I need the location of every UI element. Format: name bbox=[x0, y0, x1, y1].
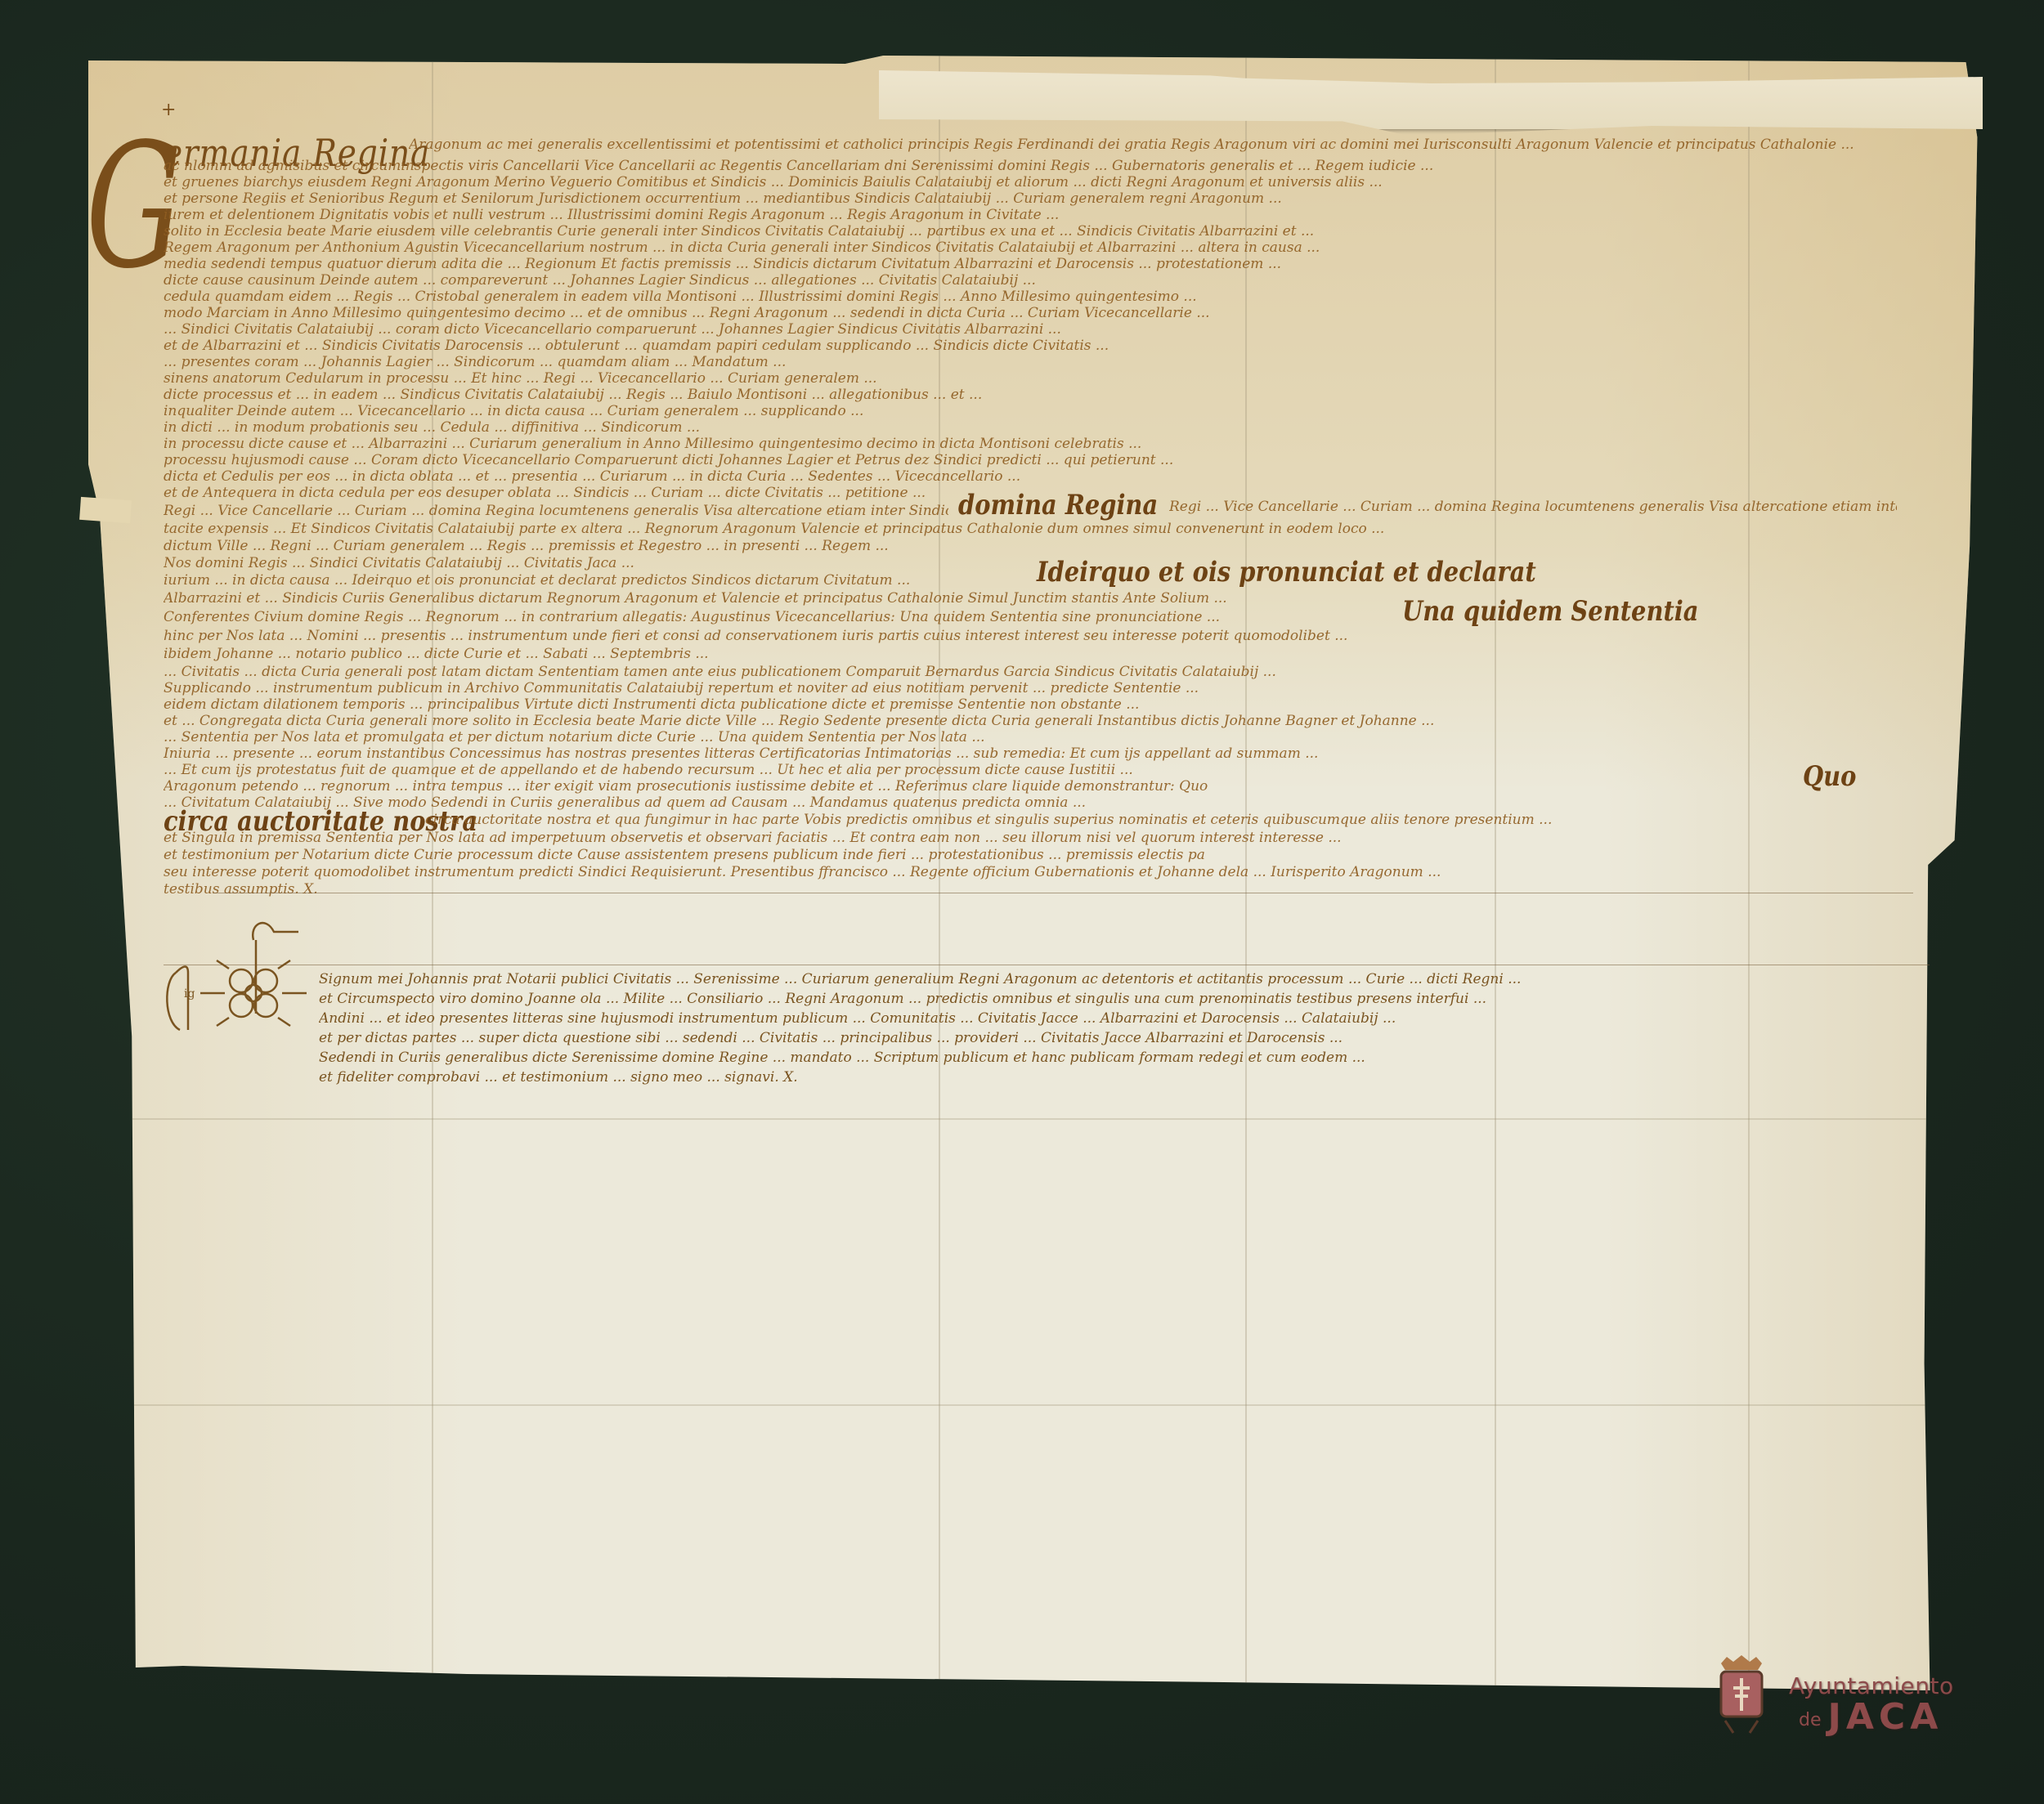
logo-text-de: de bbox=[1799, 1710, 1822, 1730]
text-line: Regem Aragonum per Anthonium Agustin Vic… bbox=[164, 239, 1897, 257]
text-line: cedula quamdam eidem ... Regis ... Crist… bbox=[164, 289, 1897, 306]
text-line: modo Marciam in Anno Millesimo quingente… bbox=[164, 305, 1897, 322]
subscription-line: Sedendi in Curiis generalibus dicte Sere… bbox=[319, 1048, 1921, 1068]
text-line: seu interesse poterit quomodolibet instr… bbox=[164, 864, 1897, 881]
text-line: et gruenes biarchys eiusdem Regni Aragon… bbox=[164, 174, 1897, 191]
text-line: et Singula in premissa Sententia per Nos… bbox=[164, 830, 1897, 847]
coat-of-arms-icon bbox=[1709, 1655, 1774, 1737]
text-line: ibidem Johanne ... notario publico ... d… bbox=[164, 646, 1897, 663]
text-line: ... Civitatis ... dicta Curia generali p… bbox=[164, 664, 1897, 681]
text-line: eidem dictam dilationem temporis ... pri… bbox=[164, 696, 1897, 714]
text-line: Nos domini Regis ... Sindici Civitatis C… bbox=[164, 555, 1897, 572]
text-line: ... Sindici Civitatis Calataiubij ... co… bbox=[164, 321, 1897, 338]
text-line: ... Sententia per Nos lata et promulgata… bbox=[164, 729, 1897, 746]
logo-text-jaca: JACA bbox=[1828, 1696, 1943, 1738]
subscription-line: Andini ... et ideo presentes litteras si… bbox=[319, 1009, 1921, 1028]
heading-pronunciat-declarat: Ideirquo et ois pronunciat et declarat bbox=[1037, 556, 1536, 589]
text-line: sinens anatorum Cedularum in processu ..… bbox=[164, 370, 1897, 387]
text-line: media sedendi tempus quatuor dierum adit… bbox=[164, 256, 1897, 273]
text-line: Conferentes Civium domine Regis ... Regn… bbox=[164, 609, 1414, 626]
heading-quo: Quo bbox=[1803, 760, 1856, 793]
text-line: dicta et Cedulis per eos ... in dicta ob… bbox=[164, 468, 1897, 486]
text-line: et de Albarrazini et ... Sindicis Civita… bbox=[164, 338, 1897, 355]
text-line: in dicti ... in modum probationis seu ..… bbox=[164, 419, 1897, 436]
text-line: Supplicando ... instrumentum publicum in… bbox=[164, 680, 1897, 697]
text-line: tacite expensis ... Et Sindicos Civitati… bbox=[164, 521, 1897, 538]
text-line: Regi ... Vice Cancellarie ... Curiam ...… bbox=[1169, 499, 1897, 516]
ruled-line bbox=[213, 893, 1913, 893]
ruled-line bbox=[164, 965, 1930, 965]
text-line: ... presentes coram ... Johannis Lagier … bbox=[164, 354, 1897, 371]
text-line: dicte cause causinum Deinde autem ... co… bbox=[164, 272, 1897, 289]
title-continuation: Aragonum ac mei generalis excellentissim… bbox=[409, 137, 1897, 154]
text-line: iurem et delentionem Dignitatis vobis et… bbox=[164, 207, 1897, 224]
text-line: Regi ... Vice Cancellarie ... Curiam ...… bbox=[164, 503, 948, 520]
text-line: circa auctoritate nostra et qua fungimur… bbox=[425, 812, 1897, 829]
heading-una-quidem-sententia: Una quidem Sententia bbox=[1402, 595, 1699, 628]
notarial-sign-icon: ig bbox=[159, 915, 323, 1054]
text-line: et persone Regiis et Senioribus Regum et… bbox=[164, 190, 1897, 208]
subscription-line: et per dictas partes ... super dicta que… bbox=[319, 1028, 1921, 1048]
logo-text-de-jaca: deJACA bbox=[1799, 1696, 1943, 1738]
text-line: testibus assumptis. X. bbox=[164, 881, 327, 898]
text-line: et ... Congregata dicta Curia generali m… bbox=[164, 713, 1897, 730]
svg-text:ig: ig bbox=[184, 987, 195, 1000]
text-line: processu hujusmodi cause ... Coram dicto… bbox=[164, 452, 1897, 469]
subscription-line: Signum mei Johannis prat Notarii publici… bbox=[319, 969, 1921, 989]
text-line: inqualiter Deinde autem ... Vicecancella… bbox=[164, 403, 1897, 420]
text-line: ... Et cum ijs protestatus fuit de quamq… bbox=[164, 762, 1897, 779]
subscription-line: et fideliter comprobavi ... et testimoni… bbox=[319, 1068, 1921, 1087]
subscription-line: et Circumspecto viro domino Joanne ola .… bbox=[319, 989, 1921, 1009]
text-line: et testimonium per Notarium dicte Curie … bbox=[164, 847, 1897, 864]
heading-domina-regina: domina Regina bbox=[958, 489, 1158, 522]
text-line: ac nlomm ad agmisibus et circuminspectis… bbox=[164, 158, 1897, 175]
text-line: Aragonum petendo ... regnorum ... intra … bbox=[164, 778, 1799, 795]
text-line: in processu dicte cause et ... Albarrazi… bbox=[164, 436, 1897, 453]
text-line: iurium ... in dicta causa ... Ideirquo e… bbox=[164, 572, 1038, 589]
text-line: solito in Ecclesia beate Marie eiusdem v… bbox=[164, 223, 1897, 240]
fold-line bbox=[88, 1118, 1981, 1120]
torn-edge-tab bbox=[79, 497, 132, 523]
text-line: dictum Ville ... Regni ... Curiam genera… bbox=[164, 538, 1897, 555]
text-line: hinc per Nos lata ... Nomini ... present… bbox=[164, 628, 1897, 645]
text-line: Iniuria ... presente ... eorum instantib… bbox=[164, 745, 1897, 763]
fold-line bbox=[88, 1404, 1981, 1406]
text-line: dicte processus et ... in eadem ... Sind… bbox=[164, 387, 1897, 404]
